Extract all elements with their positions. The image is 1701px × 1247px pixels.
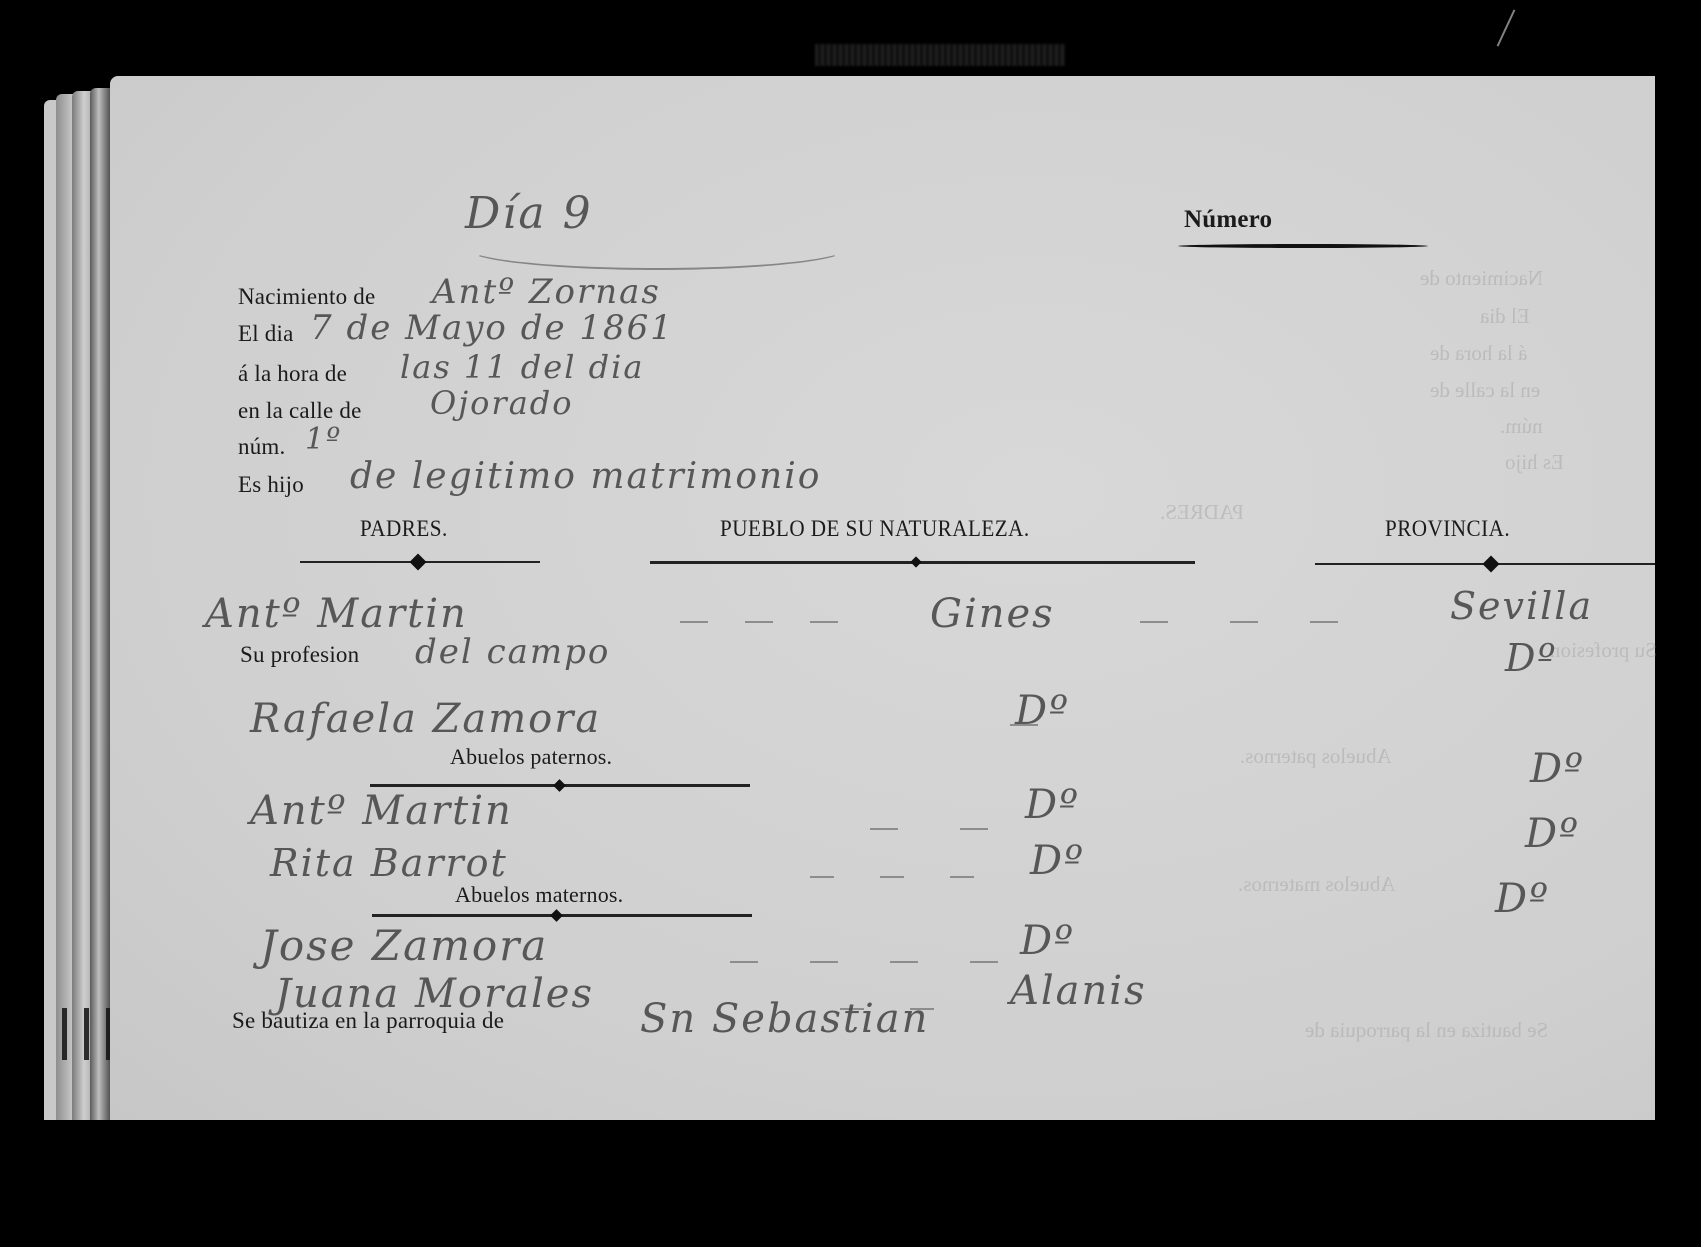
mother-name: Rafaela Zamora (250, 696, 601, 742)
abuela-paterna-provincia: Dº (1525, 811, 1580, 857)
field-value-hora: las 11 del dia (400, 348, 644, 386)
fill-dash (870, 828, 898, 830)
fill-dash (680, 621, 708, 623)
abuelo-materno-name: Jose Zamora (260, 921, 548, 970)
fill-dash (890, 961, 918, 963)
bleed-through-text: Abuelos paternos. (1240, 744, 1392, 769)
register-page: Nacimiento de El dia á la hora de en la … (110, 76, 1655, 1120)
mother-pueblo: Dº (1015, 688, 1070, 734)
bleed-through-text: á la hora de (1430, 341, 1527, 366)
bleed-through-text: Se bautiza en la parroquia de (1305, 1018, 1548, 1043)
bautizo-value: Sn Sebastian (640, 996, 929, 1042)
page-edges (44, 88, 114, 1120)
bleed-through-text: núm. (1500, 414, 1543, 439)
fill-dash (1230, 621, 1258, 623)
scan-mark (1497, 9, 1516, 46)
fill-dash (1310, 621, 1338, 623)
field-label-hijo: Es hijo (238, 472, 304, 498)
fill-dash (745, 621, 773, 623)
father-provincia: Sevilla (1450, 584, 1593, 628)
fill-dash (1140, 621, 1168, 623)
field-value-dia: 7 de Mayo de 1861 (310, 308, 674, 348)
fill-dash (880, 876, 904, 878)
father-pueblo: Gines (930, 591, 1055, 637)
bleed-through-text: Abuelos maternos. (1238, 872, 1395, 897)
abuelos-paternos-heading: Abuelos paternos. (450, 744, 612, 770)
column-heading-provincia: PROVINCIA. (1385, 516, 1510, 542)
fill-dash (810, 876, 834, 878)
fill-dash (970, 961, 998, 963)
bautizo-label: Se bautiza en la parroquia de (232, 1008, 504, 1034)
provincia-divider (1315, 563, 1655, 565)
pueblo-divider (650, 561, 1195, 564)
fill-dash (730, 961, 758, 963)
field-value-num: 1º (305, 422, 342, 457)
abuelos-maternos-heading: Abuelos maternos. (455, 882, 623, 908)
page-edge (90, 88, 112, 1120)
field-label-num: núm. (238, 434, 285, 460)
abuela-paterna-name: Rita Barrot (270, 841, 508, 885)
column-heading-padres: PADRES. (360, 516, 448, 542)
field-label-nacimiento: Nacimiento de (238, 284, 375, 310)
abuelo-materno-provincia: Dº (1495, 876, 1550, 922)
bleed-through-text: El dia (1480, 304, 1530, 329)
field-value-hijo: de legitimo matrimonio (350, 456, 821, 497)
field-value-nacimiento: Antº Zornas (432, 272, 661, 312)
profesion-row-ditto: Dº (1505, 636, 1557, 680)
padres-divider (300, 561, 540, 563)
abuelo-paterno-name: Antº Martin (250, 788, 513, 834)
numero-label: Número (1184, 206, 1272, 234)
field-label-dia: El dia (238, 321, 294, 347)
abuelo-materno-pueblo: Dº (1020, 918, 1075, 964)
fill-dash (810, 961, 838, 963)
abuelos-paternos-divider (370, 784, 750, 787)
field-label-calle: en la calle de (238, 398, 361, 424)
field-label-hora: á la hora de (238, 361, 347, 387)
column-heading-pueblo: PUEBLO DE SU NATURALEZA. (720, 516, 1030, 542)
fill-dash (810, 621, 838, 623)
bleed-through-text: en la calle de (1430, 378, 1540, 403)
abuela-paterna-pueblo: Dº (1030, 838, 1085, 884)
binding-marks (54, 1008, 114, 1060)
fill-dash (960, 828, 988, 830)
abuelos-maternos-divider (372, 914, 752, 917)
day-underline-flourish (465, 226, 849, 270)
numero-swash (1178, 244, 1428, 248)
profesion-value: del campo (415, 632, 610, 672)
bleed-through-text: Es hijo (1505, 450, 1564, 475)
bleed-through-text: Su profesion (1550, 638, 1657, 663)
fill-dash (950, 876, 974, 878)
bleed-through-text: Nacimiento de (1420, 266, 1543, 291)
abuelo-paterno-pueblo: Dº (1025, 782, 1080, 828)
abuelo-paterno-provincia: Dº (1530, 746, 1585, 792)
abuela-materna-pueblo: Alanis (1010, 968, 1147, 1014)
bleed-through-text: PADRES. (1160, 500, 1244, 525)
field-value-calle: Ojorado (430, 384, 574, 422)
father-name: Antº Martin (205, 591, 468, 637)
profesion-label: Su profesion (240, 642, 359, 668)
scan-artifact (815, 44, 1065, 66)
